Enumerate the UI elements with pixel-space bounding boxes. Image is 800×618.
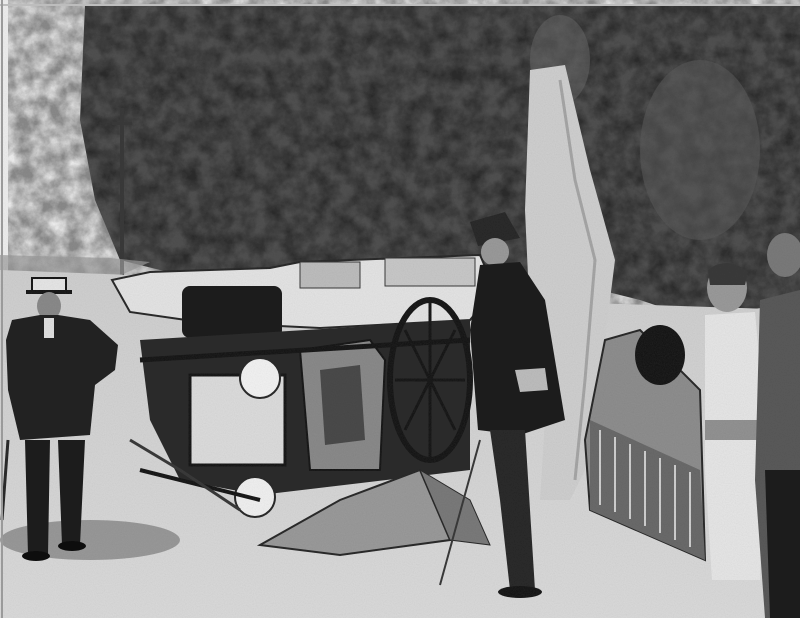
scene-illustration [0,0,800,618]
photograph: An overturned early automobile lying on … [0,0,800,618]
headlamp-upper [240,358,280,398]
seat-cushion [182,286,282,338]
straw-hat [32,278,66,292]
